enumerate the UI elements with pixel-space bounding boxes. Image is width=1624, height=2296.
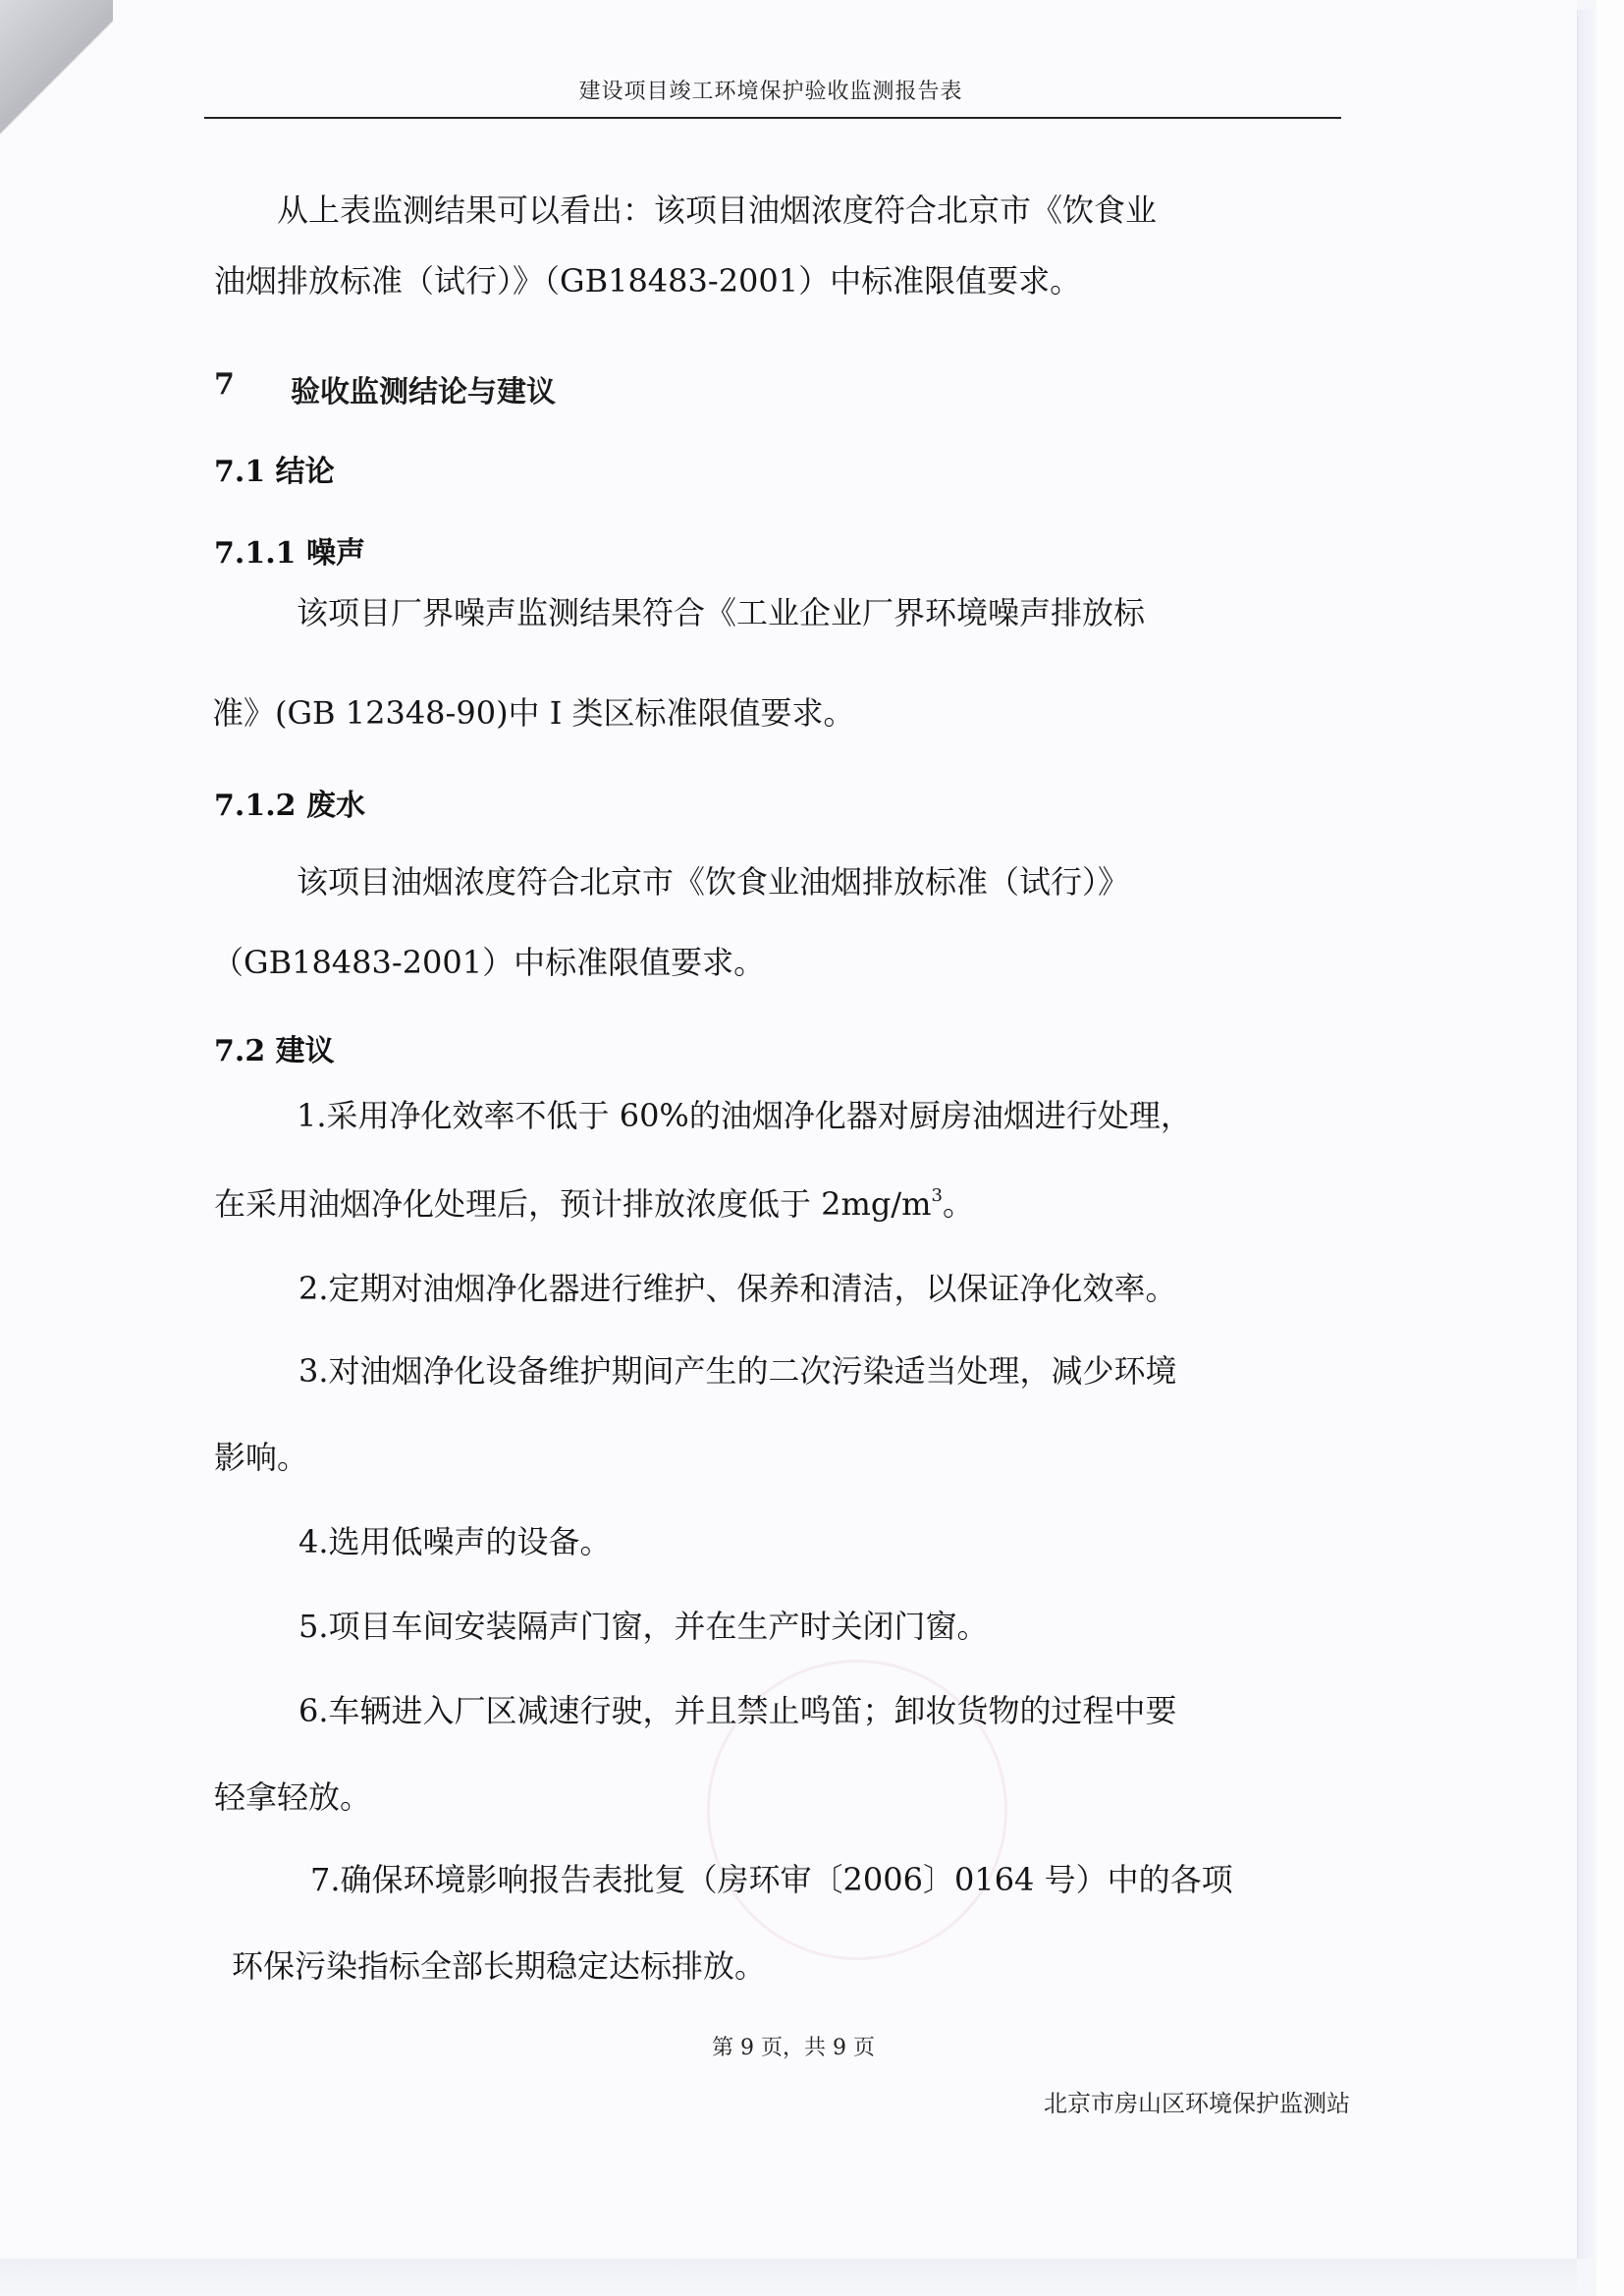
running-header-title: 建设项目竣工环境保护验收监测报告表 <box>206 75 1335 105</box>
recommendation-3-line-1: 3.对油烟净化设备维护期间产生的二次污染适当处理，减少环境 <box>298 1351 1177 1391</box>
noise-paragraph-line-2: 准》(GB 12348-90)中 I 类区标准限值要求。 <box>212 693 855 733</box>
recommendation-4: 4.选用低噪声的设备。 <box>298 1522 612 1561</box>
wastewater-paragraph-line-2: （GB18483-2001）中标准限值要求。 <box>212 943 765 982</box>
recommendation-1-text: 在采用油烟净化处理后，预计排放浓度低于 2mg/m <box>214 1185 932 1223</box>
section-7-2-heading: 7.2 建议 <box>214 1033 335 1070</box>
section-7-1-2-heading: 7.1.2 废水 <box>214 788 365 825</box>
header-divider <box>204 117 1341 119</box>
folded-corner-shadow <box>0 0 113 152</box>
page-number-footer: 第 9 页，共 9 页 <box>712 2031 875 2061</box>
recommendation-1-line-1: 1.采用净化效率不低于 60%的油烟净化器对厨房油烟进行处理， <box>297 1096 1192 1135</box>
recommendation-5: 5.项目车间安装隔声门窗，并在生产时关闭门窗。 <box>298 1607 989 1646</box>
recommendation-3-line-2: 影响。 <box>214 1438 308 1477</box>
wastewater-paragraph-line-1: 该项目油烟浓度符合北京市《饮食业油烟排放标准（试行）》 <box>297 862 1129 902</box>
intro-paragraph-line-2: 油烟排放标准（试行）》（GB18483-2001）中标准限值要求。 <box>214 261 1081 301</box>
scan-margin-right <box>1597 0 1624 2296</box>
intro-paragraph-line-1: 从上表监测结果可以看出：该项目油烟浓度符合北京市《饮食业 <box>277 191 1157 230</box>
document-page: 建设项目竣工环境保护验收监测报告表 从上表监测结果可以看出：该项目油烟浓度符合北… <box>0 0 1577 2259</box>
section-7-1-heading: 7.1 结论 <box>214 454 335 491</box>
scan-margin-bottom <box>0 2259 1577 2296</box>
recommendation-1-line-2: 在采用油烟净化处理后，预计排放浓度低于 2mg/m3。 <box>214 1184 974 1224</box>
organization-footer: 北京市房山区环境保护监测站 <box>1044 2084 1350 2118</box>
bleed-through-watermark <box>422 462 446 543</box>
recommendation-7-line-2: 环保污染指标全部长期稳定达标排放。 <box>232 1946 766 1986</box>
recommendation-1-tail: 。 <box>943 1185 974 1223</box>
recommendation-7-line-1: 7.确保环境影响报告表批复（房环审〔2006〕0164 号）中的各项 <box>310 1860 1233 1899</box>
section-7-number: 7 <box>214 367 235 402</box>
recommendation-6-line-1: 6.车辆进入厂区减速行驶，并且禁止鸣笛；卸妆货物的过程中要 <box>298 1691 1177 1730</box>
next-page-edge <box>1577 10 1597 2259</box>
section-7-title: 验收监测结论与建议 <box>291 367 556 410</box>
section-7-1-1-heading: 7.1.1 噪声 <box>214 535 365 573</box>
recommendation-6-line-2: 轻拿轻放。 <box>214 1777 371 1817</box>
recommendation-2: 2.定期对油烟净化器进行维护、保养和清洁，以保证净化效率。 <box>298 1269 1177 1308</box>
noise-paragraph-line-1: 该项目厂界噪声监测结果符合《工业企业厂界环境噪声排放标 <box>297 593 1145 632</box>
superscript-cube: 3 <box>932 1185 943 1206</box>
